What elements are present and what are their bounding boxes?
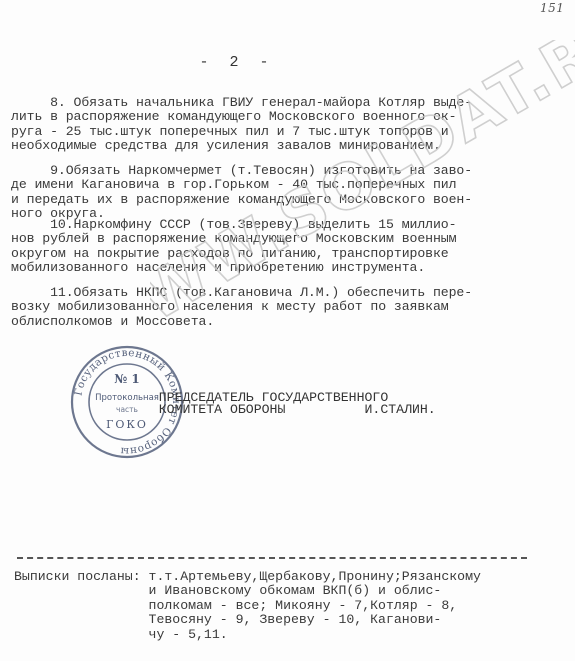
stamp-number: № 1 <box>114 372 140 386</box>
stamp-org: ГОКО <box>106 418 148 431</box>
document-page: 151 - 2 - 8. Обязать начальника ГВИУ ген… <box>0 0 575 661</box>
footnote-divider <box>17 557 527 559</box>
paragraph-8: 8. Обязать начальника ГВИУ генерал-майор… <box>11 96 536 154</box>
paragraph-9: 9.Обязать Наркомчермет (т.Тевосян) изгот… <box>11 164 536 222</box>
paragraph-10: 10.Наркомфину СССР (тов.Звереву) выделит… <box>11 218 536 276</box>
paragraph-11: 11.Обязать НКПС (тов.Кагановича Л.М.) об… <box>11 286 536 329</box>
archive-page-number: 151 <box>540 1 564 15</box>
page-number: - 2 - <box>192 54 282 71</box>
signature-block: ПРЕДСЕДАТЕЛЬ ГОСУДАРСТВЕННОГО КОМИТЕТА О… <box>135 392 436 416</box>
distribution-list: Выписки посланы: т.т.Артемьеву,Щербакову… <box>14 570 574 642</box>
